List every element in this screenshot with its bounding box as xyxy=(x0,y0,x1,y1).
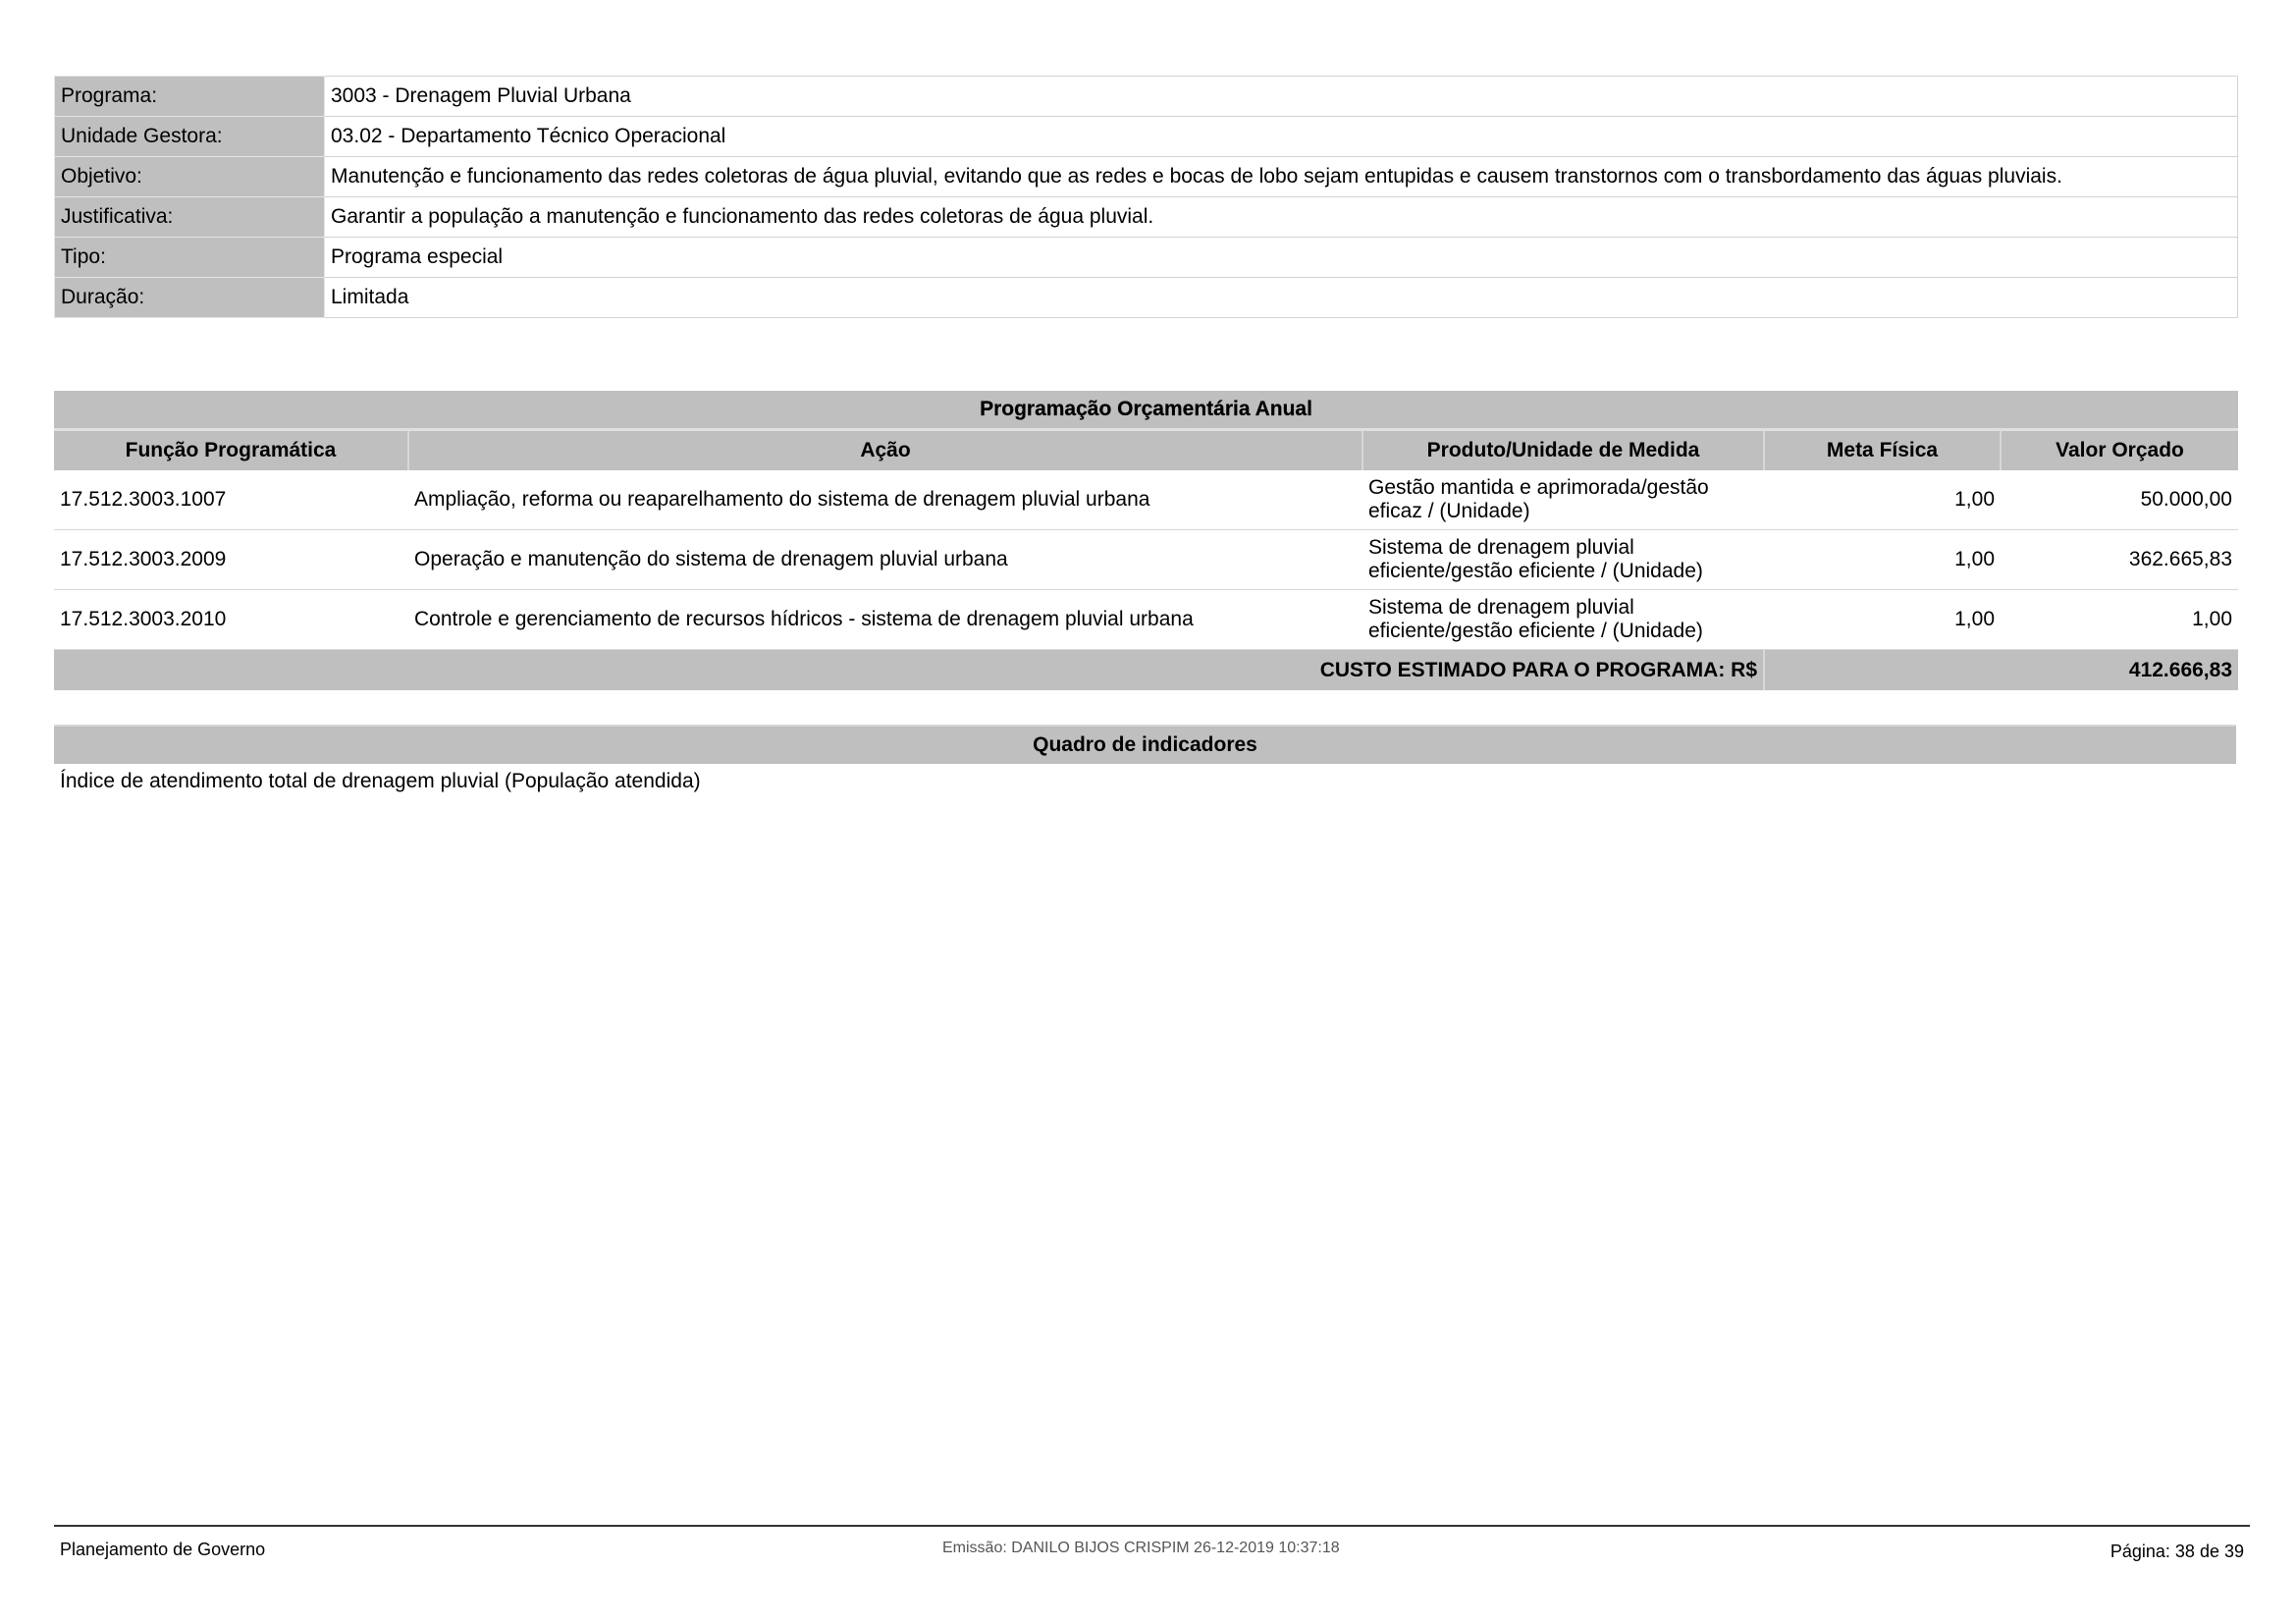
cell-meta-fisica: 1,00 xyxy=(1764,470,2001,530)
info-row: Duração:Limitada xyxy=(55,278,2238,318)
cell-acao: Controle e gerenciamento de recursos híd… xyxy=(408,590,1362,650)
budget-title-text: Programação Orçamentária Anual xyxy=(980,398,1312,420)
cell-meta-fisica: 1,00 xyxy=(1764,530,2001,590)
footer-divider xyxy=(54,1525,2250,1527)
cell-produto-unidade: Gestão mantida e aprimorada/gestão efica… xyxy=(1362,470,1764,530)
col-funcao-programatica: Função Programática xyxy=(54,430,408,471)
col-acao: Ação xyxy=(408,430,1362,471)
info-label: Programa: xyxy=(55,77,325,117)
info-label: Justificativa: xyxy=(55,197,325,238)
indicator-item: Índice de atendimento total de drenagem … xyxy=(60,770,701,793)
info-label: Unidade Gestora: xyxy=(55,117,325,157)
table-row: 17.512.3003.2010Controle e gerenciamento… xyxy=(54,590,2238,650)
table-row: 17.512.3003.1007Ampliação, reforma ou re… xyxy=(54,470,2238,530)
indicators-header: Quadro de indicadores xyxy=(54,725,2236,764)
info-label: Objetivo: xyxy=(55,157,325,197)
budget-header-row: Função Programática Ação Produto/Unidade… xyxy=(54,430,2238,471)
info-label: Tipo: xyxy=(55,238,325,278)
footer-page-number: Página: 38 de 39 xyxy=(2110,1542,2244,1562)
cell-funcao-programatica: 17.512.3003.1007 xyxy=(54,470,408,530)
info-value: 3003 - Drenagem Pluvial Urbana xyxy=(325,77,2238,117)
info-row: Justificativa:Garantir a população a man… xyxy=(55,197,2238,238)
info-row: Tipo:Programa especial xyxy=(55,238,2238,278)
footer-left-text: Planejamento de Governo xyxy=(60,1540,265,1560)
cell-acao: Operação e manutenção do sistema de dren… xyxy=(408,530,1362,590)
total-label: CUSTO ESTIMADO PARA O PROGRAMA: R$ xyxy=(54,650,1764,691)
budget-title: Programação Orçamentária Anual xyxy=(54,391,2238,430)
col-produto-unidade: Produto/Unidade de Medida xyxy=(1362,430,1764,471)
info-value: Programa especial xyxy=(325,238,2238,278)
table-row: 17.512.3003.2009Operação e manutenção do… xyxy=(54,530,2238,590)
budget-total-row: CUSTO ESTIMADO PARA O PROGRAMA: R$ 412.6… xyxy=(54,650,2238,691)
cell-meta-fisica: 1,00 xyxy=(1764,590,2001,650)
col-valor-orcado: Valor Orçado xyxy=(2001,430,2238,471)
cell-produto-unidade: Sistema de drenagem pluvial eficiente/ge… xyxy=(1362,590,1764,650)
cell-acao: Ampliação, reforma ou reaparelhamento do… xyxy=(408,470,1362,530)
info-value: Limitada xyxy=(325,278,2238,318)
program-info-table: Programa:3003 - Drenagem Pluvial UrbanaU… xyxy=(54,76,2238,318)
cell-valor-orcado: 1,00 xyxy=(2001,590,2238,650)
cell-valor-orcado: 50.000,00 xyxy=(2001,470,2238,530)
info-value: Garantir a população a manutenção e func… xyxy=(325,197,2238,238)
total-value: 412.666,83 xyxy=(1764,650,2238,691)
info-row: Unidade Gestora:03.02 - Departamento Téc… xyxy=(55,117,2238,157)
budget-table: Programação Orçamentária Anual Função Pr… xyxy=(54,391,2238,690)
footer-emission-text: Emissão: DANILO BIJOS CRISPIM 26-12-2019… xyxy=(942,1540,1340,1557)
budget-title-row: Programação Orçamentária Anual xyxy=(54,391,2238,430)
info-value: 03.02 - Departamento Técnico Operacional xyxy=(325,117,2238,157)
cell-funcao-programatica: 17.512.3003.2010 xyxy=(54,590,408,650)
info-value: Manutenção e funcionamento das redes col… xyxy=(325,157,2238,197)
cell-produto-unidade: Sistema de drenagem pluvial eficiente/ge… xyxy=(1362,530,1764,590)
info-row: Programa:3003 - Drenagem Pluvial Urbana xyxy=(55,77,2238,117)
col-meta-fisica: Meta Física xyxy=(1764,430,2001,471)
info-row: Objetivo:Manutenção e funcionamento das … xyxy=(55,157,2238,197)
info-label: Duração: xyxy=(55,278,325,318)
cell-funcao-programatica: 17.512.3003.2009 xyxy=(54,530,408,590)
cell-valor-orcado: 362.665,83 xyxy=(2001,530,2238,590)
